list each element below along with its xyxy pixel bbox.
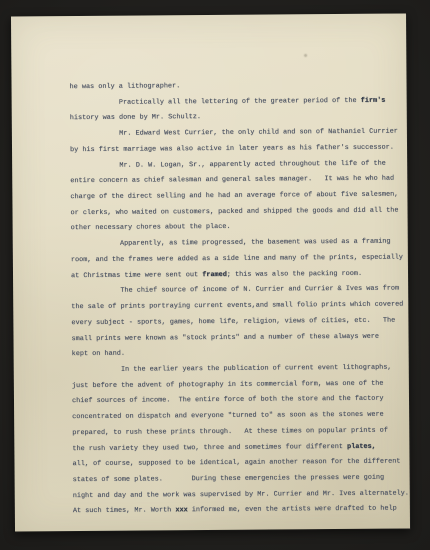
text-segment: prepared, to rush these prints through. … bbox=[72, 426, 388, 436]
text-segment: kept on hand. bbox=[72, 350, 125, 358]
overstruck-word: xxx bbox=[175, 507, 187, 515]
overstruck-word: firm's bbox=[361, 96, 386, 104]
text-segment: Mr. Edward West Currier, the only child … bbox=[70, 128, 398, 139]
document-page: he was only a lithographer. Practically … bbox=[11, 13, 410, 531]
text-segment: all, of course, supposed to be identical… bbox=[72, 458, 400, 469]
text-segment: entire concern as chief salesman and gen… bbox=[70, 175, 394, 186]
text-segment: or clerks, who waited on customers, pack… bbox=[70, 206, 398, 217]
overstruck-word: framed bbox=[202, 270, 227, 278]
photo-background: he was only a lithographer. Practically … bbox=[0, 0, 430, 550]
text-segment: In the earlier years the publication of … bbox=[72, 364, 392, 375]
text-segment: the rush variety they used two, three an… bbox=[72, 442, 347, 452]
text-segment: by his first marriage was also active in… bbox=[70, 143, 394, 154]
text-segment: every subject - sports, games, home life… bbox=[71, 316, 395, 327]
text-line: At such times, Mr. Worth xxx informed me… bbox=[73, 502, 403, 520]
text-segment: Apparently, as time progressed, the base… bbox=[71, 238, 391, 249]
text-segment: other necessary chores about the place. bbox=[71, 223, 231, 232]
text-line: Practically all the lettering of the gre… bbox=[70, 93, 400, 111]
text-segment: chief sources of income. The entire forc… bbox=[72, 395, 384, 405]
text-segment: At such times, Mr. Worth bbox=[73, 507, 176, 516]
text-segment: states of some plates. During these emer… bbox=[73, 474, 385, 484]
text-segment: The chief source of income of N. Currier… bbox=[71, 285, 399, 296]
text-line: every subject - sports, games, home life… bbox=[71, 313, 401, 331]
overstruck-word: plates, bbox=[347, 442, 376, 450]
text-segment: the sale of prints portraying current ev… bbox=[71, 301, 403, 312]
text-segment: concentrated on dispatch and everyone "t… bbox=[72, 411, 384, 421]
text-segment: room, and the frames were added as a sid… bbox=[71, 253, 403, 264]
text-segment: small prints were known as "stock prints… bbox=[71, 332, 378, 342]
text-segment: charge of the direct selling and he had … bbox=[70, 191, 398, 202]
text-segment: Mr. D. W. Logan, Sr., apparently acted t… bbox=[70, 159, 386, 169]
text-segment: Practically all the lettering of the gre… bbox=[70, 97, 361, 107]
text-line: small prints were known as "stock prints… bbox=[71, 329, 401, 347]
text-segment: history was done by Mr. Schultz. bbox=[70, 114, 201, 123]
text-segment: informed me, even the artists were draft… bbox=[188, 505, 397, 515]
text-segment: just before the advent of photography in… bbox=[72, 379, 384, 389]
text-segment: ; this was also the packing room. bbox=[227, 269, 362, 278]
text-segment: at Christmas time were sent out bbox=[71, 271, 202, 280]
text-line: or clerks, who waited on customers, pack… bbox=[70, 203, 400, 221]
text-segment: he was only a lithographer. bbox=[70, 82, 181, 91]
text-segment: night and day and the work was supervise… bbox=[73, 489, 409, 500]
typewritten-text: he was only a lithographer. Practically … bbox=[69, 78, 402, 521]
